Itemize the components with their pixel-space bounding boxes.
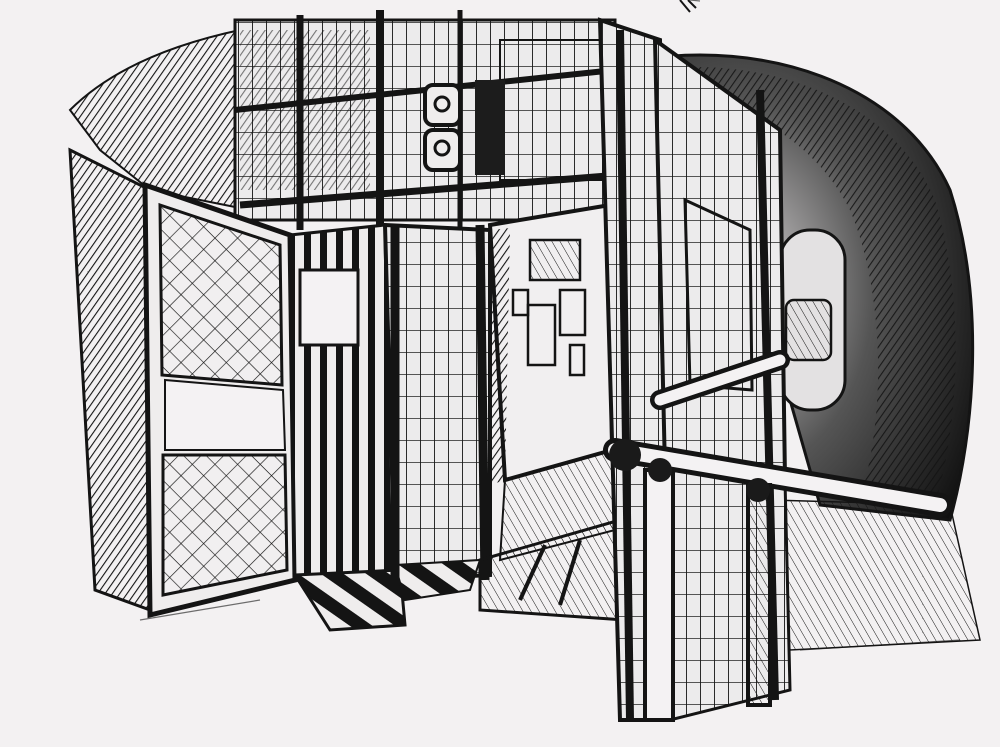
vertical-pole	[645, 470, 673, 720]
vertical-pole	[748, 485, 770, 705]
pipe-clamp	[648, 458, 672, 482]
lift-cage-bars	[385, 225, 490, 600]
pulley-icon	[425, 130, 460, 170]
elevator-car	[480, 205, 625, 620]
overhead-machinery	[235, 10, 620, 230]
notice-board	[530, 240, 580, 280]
elevator-sketch-illustration	[0, 0, 1000, 747]
tunnel-floor	[770, 500, 980, 650]
pipe-clamp	[609, 439, 641, 471]
pulley-icon	[425, 85, 460, 125]
pipe-clamp	[746, 478, 770, 502]
